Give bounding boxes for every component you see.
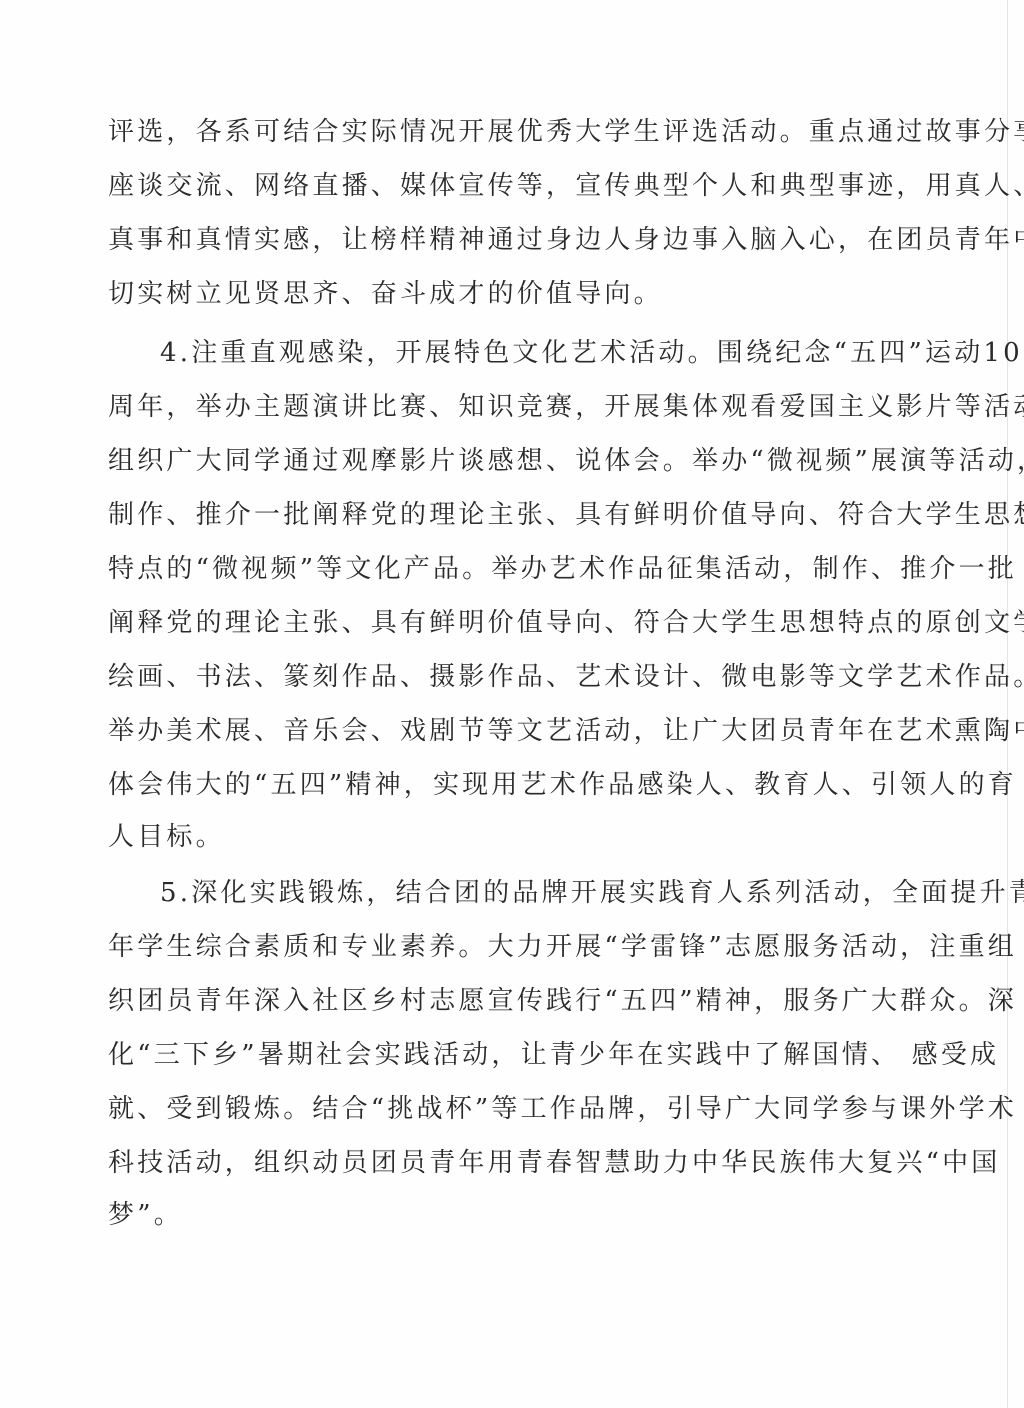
text-line: 制作、推介一批阐释党的理论主张、具有鲜明价值导向、符合大学生思想	[108, 495, 914, 535]
text-line: 科技活动，组织动员团员青年用青春智慧助力中华民族伟大复兴“中国	[108, 1143, 914, 1183]
text-line: 周年，举办主题演讲比赛、知识竞赛，开展集体观看爱国主义影片等活动，	[108, 387, 914, 427]
text-line: 切实树立见贤思齐、奋斗成才的价值导向。	[108, 274, 663, 314]
text-line: 真事和真情实感，让榜样精神通过身边人身边事入脑入心，在团员青年中	[108, 220, 914, 260]
text-line: 阐释党的理论主张、具有鲜明价值导向、符合大学生思想特点的原创文学、	[108, 603, 914, 643]
text-line: 评选，各系可结合实际情况开展优秀大学生评选活动。重点通过故事分享、	[108, 112, 914, 152]
text-line: 特点的“微视频”等文化产品。举办艺术作品征集活动，制作、推介一批	[108, 549, 914, 589]
text-line: 绘画、书法、篆刻作品、摄影作品、艺术设计、微电影等文学艺术作品。	[108, 657, 914, 697]
text-line: 举办美术展、音乐会、戏剧节等文艺活动，让广大团员青年在艺术熏陶中	[108, 711, 914, 751]
text-line: 人目标。	[108, 817, 225, 857]
paragraph-5-heading-line: 5.深化实践锻炼，结合团的品牌开展实践育人系列活动，全面提升青	[160, 873, 914, 913]
text-line: 织团员青年深入社区乡村志愿宣传践行“五四”精神，服务广大群众。深	[108, 981, 914, 1021]
paragraph-4-heading-line: 4.注重直观感染，开展特色文化艺术活动。围绕纪念“五四”运动100	[160, 333, 914, 373]
document-page: 评选，各系可结合实际情况开展优秀大学生评选活动。重点通过故事分享、 座谈交流、网…	[0, 0, 1024, 1408]
text-line: 座谈交流、网络直播、媒体宣传等，宣传典型个人和典型事迹，用真人、	[108, 166, 914, 206]
page-edge	[1007, 0, 1008, 1408]
text-line: 组织广大同学通过观摩影片谈感想、说体会。举办“微视频”展演等活动，	[108, 441, 914, 481]
text-line: 化“三下乡”暑期社会实践活动，让青少年在实践中了解国情、 感受成	[108, 1035, 914, 1075]
text-line: 就、受到锻炼。结合“挑战杯”等工作品牌，引导广大同学参与课外学术	[108, 1089, 914, 1129]
text-line: 体会伟大的“五四”精神，实现用艺术作品感染人、教育人、引领人的育	[108, 765, 914, 805]
text-line: 梦”。	[108, 1195, 183, 1235]
text-line: 年学生综合素质和专业素养。大力开展“学雷锋”志愿服务活动，注重组	[108, 927, 914, 967]
